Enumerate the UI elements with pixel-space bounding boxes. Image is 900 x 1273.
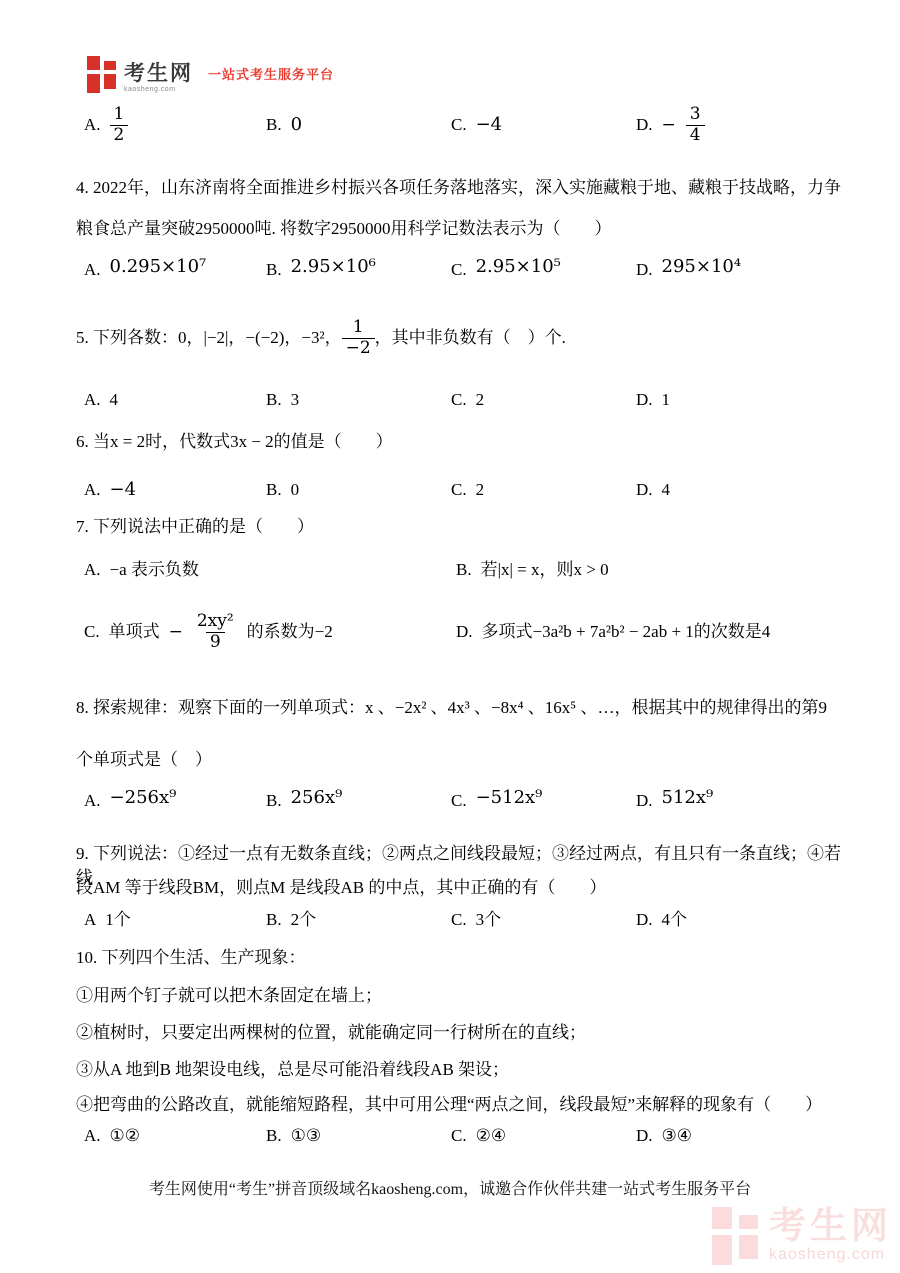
q7-option-a-value: −a 表示负数 — [110, 558, 199, 582]
q10-option-d-value: ③④ — [662, 1124, 692, 1148]
q7-option-c: C. 单项式 − 2xy² 9 的系数为−2 — [84, 600, 456, 664]
q9-option-b-label: B. — [266, 908, 282, 932]
q3-option-a-label: A. — [84, 113, 101, 137]
q5-option-d: D. 1 — [636, 388, 842, 412]
q8-option-c-value: −512x⁹ — [476, 786, 543, 810]
q4-option-c-value: 2.95×10⁵ — [476, 255, 561, 279]
q3-option-d-label: D. — [636, 113, 653, 137]
logo-name: 考生网 — [124, 63, 193, 84]
q7-option-d: D. 多项式−3a²b + 7a²b² − 2ab + 1的次数是4 — [456, 600, 842, 664]
q3-option-c-value: −4 — [476, 113, 503, 137]
q10-option-b-value: ①③ — [291, 1124, 321, 1148]
q6-options-row: A. −4 B. 0 C. 2 D. 4 — [76, 478, 842, 502]
q9-options-row: A 1个 B. 2个 C. 3个 D. 4个 — [76, 908, 842, 932]
q3-options-row: A. 1 2 B. 0 C. −4 D. − 3 4 — [76, 98, 842, 152]
q3-option-d-fraction: 3 4 — [686, 105, 705, 145]
q5-option-b: B. 3 — [266, 388, 451, 412]
q10-option-c: C. ②④ — [451, 1124, 636, 1148]
q3-option-b-value: 0 — [291, 113, 302, 137]
q8-option-a-value: −256x⁹ — [110, 786, 177, 810]
q8-option-d-label: D. — [636, 789, 653, 813]
q3-option-b: B. 0 — [266, 98, 451, 152]
q9-option-d-value: 4个 — [662, 908, 688, 932]
q4-option-b: B. 2.95×10⁶ — [266, 251, 451, 289]
q5-option-b-label: B. — [266, 388, 282, 412]
q5-option-a-value: 4 — [110, 388, 119, 412]
q4-option-a-value: 0.295×10⁷ — [110, 255, 207, 279]
q8-option-a: A. −256x⁹ — [84, 782, 266, 820]
q8-option-c: C. −512x⁹ — [451, 782, 636, 820]
q5-option-c: C. 2 — [451, 388, 636, 412]
q5-option-a: A. 4 — [84, 388, 266, 412]
q10-option-b-label: B. — [266, 1124, 282, 1148]
fraction-denominator: 9 — [206, 632, 225, 653]
q8-option-b: B. 256x⁹ — [266, 782, 451, 820]
fraction-numerator: 2xy² — [193, 612, 238, 632]
q10-item-3: ③从A 地到B 地架设电线，总是尽可能沿着线段AB 架设； — [76, 1058, 842, 1082]
q10-option-b: B. ①③ — [266, 1124, 451, 1148]
q4-line2: 粮食总产量突破2950000吨. 将数字2950000用科学记数法表示为（ ） — [76, 217, 842, 241]
q10-option-a: A. ①② — [84, 1124, 266, 1148]
q7-stem: 7. 下列说法中正确的是（ ） — [76, 515, 842, 539]
watermark-text-block: 考生网 kaosheng.com — [769, 1207, 892, 1263]
q9-option-b: B. 2个 — [266, 908, 451, 932]
q4-line1: 4. 2022年，山东济南将全面推进乡村振兴各项任务落地落实，深入实施藏粮于地、… — [76, 176, 842, 200]
q7-option-b-value: 若|x| = x，则x > 0 — [481, 558, 609, 582]
q5-option-b-value: 3 — [291, 388, 300, 412]
q10-title: 10. 下列四个生活、生产现象： — [76, 946, 842, 970]
q6-option-a-label: A. — [84, 478, 101, 502]
q3-option-d-minus: − — [662, 113, 676, 137]
q7-option-a-label: A. — [84, 558, 101, 582]
q3-option-a-fraction: 1 2 — [110, 105, 129, 145]
q7-option-c-minus: − — [169, 620, 183, 644]
logo-domain: kaosheng.com — [124, 86, 193, 93]
q9-option-a: A 1个 — [84, 908, 266, 932]
q5-option-a-label: A. — [84, 388, 101, 412]
q4-option-b-label: B. — [266, 258, 282, 282]
q7-option-d-value: 多项式−3a²b + 7a²b² − 2ab + 1的次数是4 — [482, 620, 771, 644]
q8-option-c-label: C. — [451, 789, 467, 813]
q4-option-d: D. 295×10⁴ — [636, 251, 842, 289]
q9-option-a-value: 1个 — [105, 908, 131, 932]
q4-option-d-label: D. — [636, 258, 653, 282]
fraction-denominator: −2 — [342, 338, 375, 359]
q10-option-c-value: ②④ — [476, 1124, 506, 1148]
q7-option-b-label: B. — [456, 558, 472, 582]
q6-option-d: D. 4 — [636, 478, 842, 502]
q8-options-row: A. −256x⁹ B. 256x⁹ C. −512x⁹ D. 512x⁹ — [76, 782, 842, 820]
q10-item-2: ②植树时，只要定出两棵树的位置，就能确定同一行树所在的直线； — [76, 1021, 842, 1045]
q6-option-a: A. −4 — [84, 478, 266, 502]
q10-option-a-value: ①② — [110, 1124, 140, 1148]
q4-option-a: A. 0.295×10⁷ — [84, 251, 266, 289]
q8-option-b-value: 256x⁹ — [291, 786, 343, 810]
q7-option-d-label: D. — [456, 620, 473, 644]
q6-option-d-value: 4 — [662, 478, 671, 502]
q5-stem: 5. 下列各数：0，|−2|，−(−2)，−3²， 1 −2 ，其中非负数有（ … — [76, 312, 842, 364]
q7-option-c-label: C. — [84, 620, 100, 644]
q7-option-c-fraction: 2xy² 9 — [193, 612, 238, 652]
q4-option-c: C. 2.95×10⁵ — [451, 251, 636, 289]
q3-option-c: C. −4 — [451, 98, 636, 152]
q7-option-c-suffix: 的系数为−2 — [247, 620, 333, 644]
q6-stem: 6. 当x = 2时，代数式3x − 2的值是（ ） — [76, 430, 842, 454]
q6-option-c-label: C. — [451, 478, 467, 502]
q8-option-d: D. 512x⁹ — [636, 782, 842, 820]
watermark-domain: kaosheng.com — [769, 1247, 892, 1263]
q9-option-c-value: 3个 — [476, 908, 502, 932]
q7-option-c-prefix: 单项式 — [109, 620, 160, 644]
kaosheng-watermark: 考生网 kaosheng.com — [712, 1207, 892, 1265]
q7-option-b: B. 若|x| = x，则x > 0 — [456, 550, 842, 590]
q3-option-d: D. − 3 4 — [636, 98, 842, 152]
q9-option-c: C. 3个 — [451, 908, 636, 932]
q10-option-a-label: A. — [84, 1124, 101, 1148]
q6-option-b-label: B. — [266, 478, 282, 502]
q5-option-c-label: C. — [451, 388, 467, 412]
q5-option-d-value: 1 — [662, 388, 671, 412]
q6-option-b: B. 0 — [266, 478, 451, 502]
q7-options-ab-row: A. −a 表示负数 B. 若|x| = x，则x > 0 — [76, 550, 842, 590]
q7-option-a: A. −a 表示负数 — [84, 550, 456, 590]
q5-options-row: A. 4 B. 3 C. 2 D. 1 — [76, 388, 842, 412]
q5-stem-prefix: 5. 下列各数：0，|−2|，−(−2)，−3²， — [76, 326, 342, 350]
q9-option-a-label: A — [84, 908, 96, 932]
q9-option-d-label: D. — [636, 908, 653, 932]
q8-option-d-value: 512x⁹ — [662, 786, 714, 810]
q3-option-c-label: C. — [451, 113, 467, 137]
q4-option-c-label: C. — [451, 258, 467, 282]
watermark-name: 考生网 — [769, 1207, 892, 1244]
q9-line2: 段AM 等于线段BM，则点M 是线段AB 的中点，其中正确的有（ ） — [76, 876, 842, 900]
q6-option-c: C. 2 — [451, 478, 636, 502]
q10-item-4: ④把弯曲的公路改直，就能缩短路程，其中可用公理“两点之间，线段最短”来解释的现象… — [76, 1093, 842, 1117]
q8-line2: 个单项式是（ ） — [76, 748, 842, 772]
q7-options-cd-row: C. 单项式 − 2xy² 9 的系数为−2 D. 多项式−3a²b + 7a²… — [76, 600, 842, 664]
q3-option-b-label: B. — [266, 113, 282, 137]
q6-option-b-value: 0 — [291, 478, 300, 502]
q3-option-a: A. 1 2 — [84, 98, 266, 152]
fraction-numerator: 3 — [686, 105, 705, 125]
fraction-numerator: 1 — [349, 318, 368, 338]
q6-option-a-value: −4 — [110, 478, 137, 502]
q10-option-c-label: C. — [451, 1124, 467, 1148]
q9-option-b-value: 2个 — [291, 908, 317, 932]
fraction-numerator: 1 — [110, 105, 129, 125]
q5-option-d-label: D. — [636, 388, 653, 412]
q10-options-row: A. ①② B. ①③ C. ②④ D. ③④ — [76, 1124, 842, 1148]
q8-line1: 8. 探索规律：观察下面的一列单项式：x 、−2x² 、4x³ 、−8x⁴ 、1… — [76, 696, 842, 720]
q8-option-b-label: B. — [266, 789, 282, 813]
kaosheng-logo-icon — [87, 56, 117, 93]
exam-page: 考生网 kaosheng.com 一站式考生服务平台 A. 1 2 B. 0 C… — [0, 0, 900, 1273]
q8-option-a-label: A. — [84, 789, 101, 813]
logo-tagline: 一站式考生服务平台 — [208, 63, 334, 87]
q5-option-c-value: 2 — [476, 388, 485, 412]
q10-item-1: ①用两个钉子就可以把木条固定在墙上； — [76, 984, 842, 1008]
q10-option-d: D. ③④ — [636, 1124, 842, 1148]
q9-option-c-label: C. — [451, 908, 467, 932]
footer-text: 考生网使用“考生”拼音顶级域名kaosheng.com，诚邀合作伙伴共建一站式考… — [0, 1178, 900, 1202]
q9-option-d: D. 4个 — [636, 908, 842, 932]
kaosheng-watermark-icon — [712, 1207, 759, 1265]
q4-option-b-value: 2.95×10⁶ — [291, 255, 376, 279]
kaosheng-logo: 考生网 kaosheng.com 一站式考生服务平台 — [87, 56, 334, 93]
q6-option-d-label: D. — [636, 478, 653, 502]
q4-option-a-label: A. — [84, 258, 101, 282]
q4-option-d-value: 295×10⁴ — [662, 255, 742, 279]
fraction-denominator: 2 — [110, 125, 129, 146]
q6-option-c-value: 2 — [476, 478, 485, 502]
q4-options-row: A. 0.295×10⁷ B. 2.95×10⁶ C. 2.95×10⁵ D. … — [76, 251, 842, 289]
fraction-denominator: 4 — [686, 125, 705, 146]
q5-inline-fraction: 1 −2 — [342, 318, 375, 358]
q5-stem-suffix: ，其中非负数有（ ）个. — [375, 326, 566, 350]
q10-option-d-label: D. — [636, 1124, 653, 1148]
logo-text-block: 考生网 kaosheng.com — [124, 63, 193, 93]
